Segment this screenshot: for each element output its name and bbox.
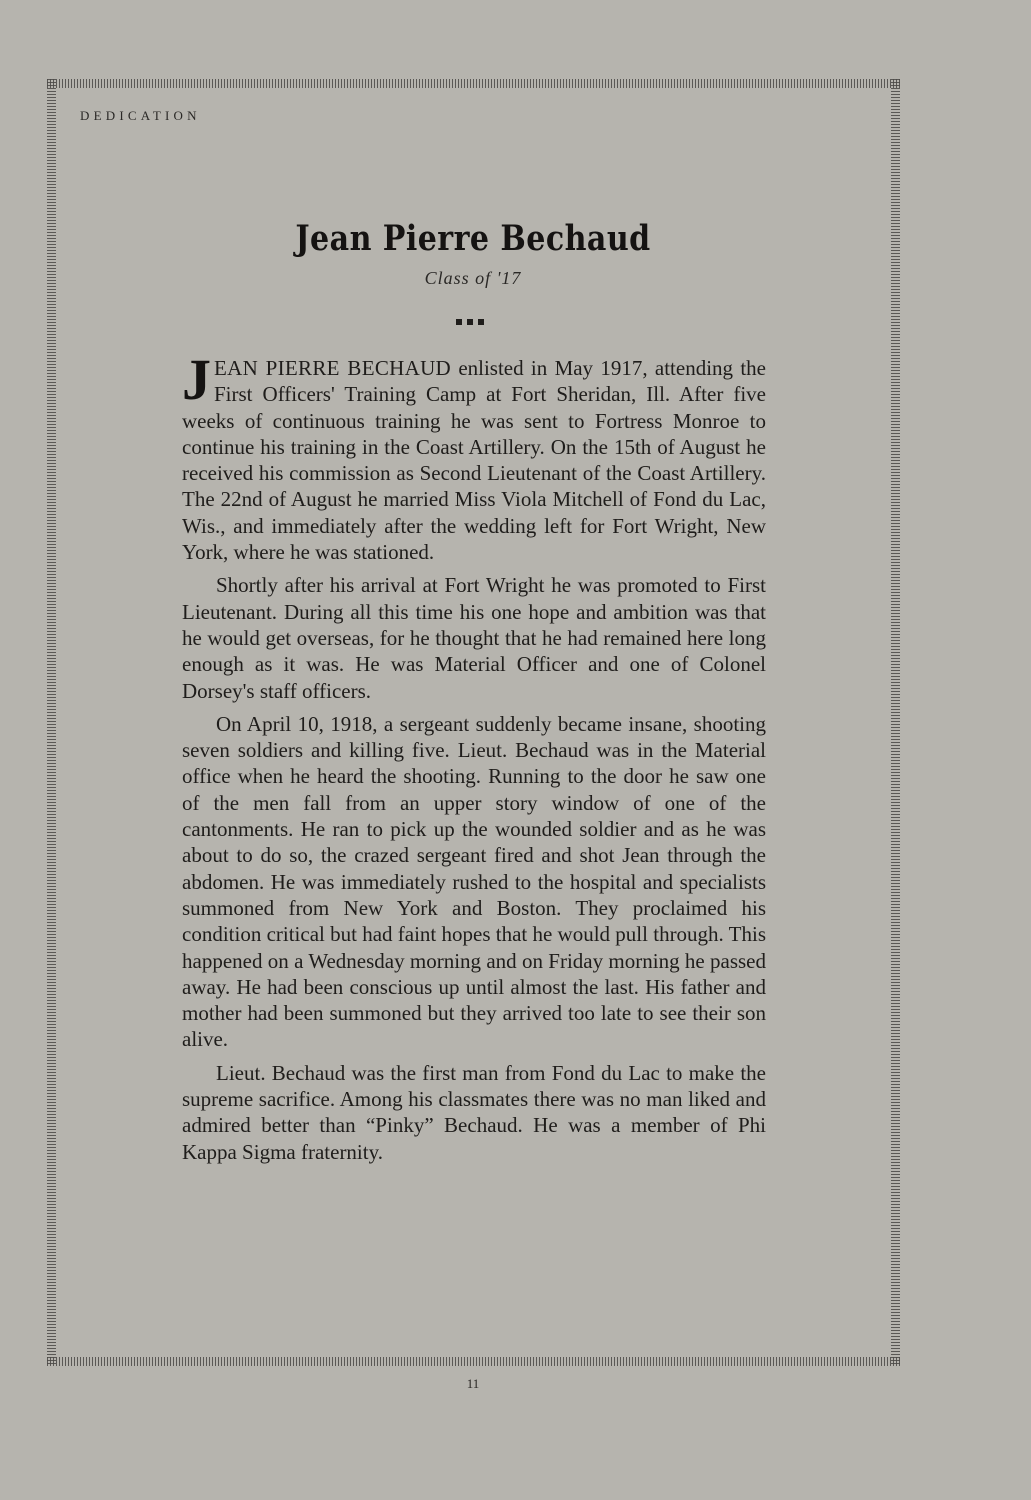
ornament-divider bbox=[456, 319, 484, 325]
paragraph-4: Lieut. Bechaud was the first man from Fo… bbox=[182, 1060, 766, 1165]
page-number: 11 bbox=[0, 1376, 946, 1392]
ornament-square-icon bbox=[456, 319, 462, 325]
drop-cap: J bbox=[182, 357, 211, 403]
page-title: Jean Pierre Bechaud bbox=[66, 218, 880, 259]
section-label: DEDICATION bbox=[80, 108, 201, 124]
paragraph-1-text: enlisted in May 1917, attending the Firs… bbox=[182, 356, 766, 564]
border-bottom bbox=[47, 1357, 901, 1366]
ornament-square-icon bbox=[478, 319, 484, 325]
ornament-square-icon bbox=[467, 319, 473, 325]
class-year-subtitle: Class of '17 bbox=[0, 268, 946, 289]
paragraph-3: On April 10, 1918, a sergeant suddenly b… bbox=[182, 711, 766, 1053]
article-body: JEAN PIERRE BECHAUD enlisted in May 1917… bbox=[182, 355, 766, 1172]
paragraph-1: JEAN PIERRE BECHAUD enlisted in May 1917… bbox=[182, 355, 766, 565]
paragraph-2: Shortly after his arrival at Fort Wright… bbox=[182, 572, 766, 703]
lead-caps: EAN PIERRE BECHAUD bbox=[214, 356, 451, 380]
border-top bbox=[47, 79, 901, 88]
